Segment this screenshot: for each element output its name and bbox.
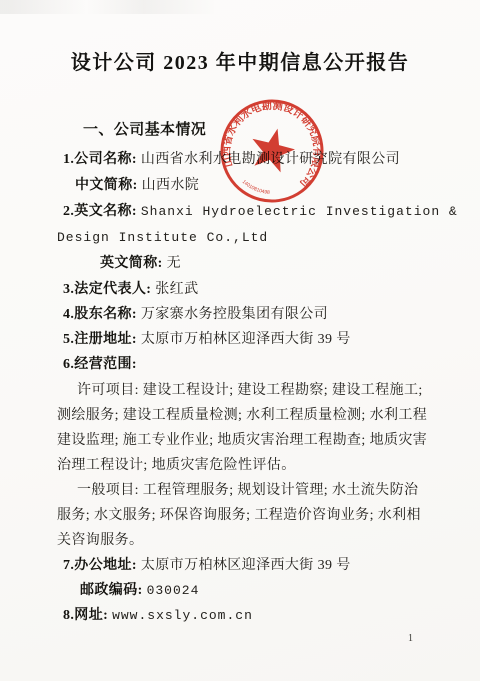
text-segment: 2.英文名称: — [63, 204, 141, 219]
text-segment: 一、公司基本情况 — [83, 122, 206, 138]
text-segment: www.sxsly.com.cn — [112, 608, 253, 623]
document-line: Design Institute Co.,Ltd — [57, 228, 268, 247]
document-line: 3.法定代表人: 张红武 — [63, 280, 198, 299]
document-line: 邮政编码: 030024 — [80, 581, 199, 600]
document-line: 服务; 水文服务; 环保咨询服务; 工程造价咨询业务; 水利相 — [57, 506, 421, 525]
document-page: 设计公司 2023 年中期信息公开报告 一、公司基本情况1.公司名称: 山西省水… — [0, 0, 480, 681]
document-line: 6.经营范围: — [63, 355, 141, 374]
text-segment: 5.注册地址: — [63, 332, 141, 347]
text-segment: 万家寨水务控股集团有限公司 — [141, 307, 328, 322]
text-segment: 测绘服务; 建设工程质量检测; 水利工程质量检测; 水利工程 — [57, 408, 427, 423]
text-segment: 邮政编码: — [80, 583, 147, 598]
text-segment: 8.网址: — [63, 608, 112, 623]
document-line: 治理工程设计; 地质灾害危险性评估。 — [57, 456, 296, 475]
svg-text:14010810498: 14010810498 — [239, 178, 272, 197]
text-segment: 一般项目: 工程管理服务; 规划设计管理; 水土流失防治 — [77, 483, 418, 498]
document-line: 8.网址: www.sxsly.com.cn — [63, 606, 253, 625]
text-segment: 许可项目: 建设工程设计; 建设工程勘察; 建设工程施工; — [77, 383, 423, 398]
seal-serial-number: 14010810498 — [239, 178, 272, 197]
text-segment: 6.经营范围: — [63, 357, 141, 372]
document-line: 1.公司名称: 山西省水利水电勘测设计研究院有限公司 — [63, 150, 400, 169]
text-segment: 030024 — [147, 583, 200, 598]
text-segment: 3.法定代表人: — [63, 282, 155, 297]
document-line: 中文简称: 山西水院 — [75, 176, 199, 195]
document-line: 7.办公地址: 太原市万柏林区迎泽西大街 39 号 — [63, 556, 351, 575]
text-segment: 无 — [167, 256, 181, 271]
document-line: 英文简称: 无 — [100, 254, 181, 273]
svg-text:山西省水利水电勘测设计研究院有限公司: 山西省水利水电勘测设计研究院有限公司 — [216, 95, 328, 192]
document-line: 一般项目: 工程管理服务; 规划设计管理; 水土流失防治 — [77, 481, 418, 500]
text-segment: 关咨询服务。 — [57, 533, 143, 548]
seal-company-name: 山西省水利水电勘测设计研究院有限公司 — [216, 95, 328, 192]
text-segment: 建设监理; 施工专业作业; 地质灾害治理工程勘查; 地质灾害 — [57, 433, 427, 448]
document-line: 测绘服务; 建设工程质量检测; 水利工程质量检测; 水利工程 — [57, 406, 427, 425]
text-segment: Shanxi Hydroelectric Investigation & — [141, 204, 458, 219]
text-segment: 山西省水利水电勘测设计研究院有限公司 — [141, 152, 400, 167]
text-segment: 太原市万柏林区迎泽西大街 39 号 — [141, 332, 351, 347]
document-title: 设计公司 2023 年中期信息公开报告 — [0, 46, 480, 75]
document-line: 5.注册地址: 太原市万柏林区迎泽西大街 39 号 — [63, 330, 351, 349]
document-line: 一、公司基本情况 — [83, 121, 206, 140]
document-line: 4.股东名称: 万家寨水务控股集团有限公司 — [63, 305, 328, 324]
document-line: 建设监理; 施工专业作业; 地质灾害治理工程勘查; 地质灾害 — [57, 431, 427, 450]
text-segment: 7.办公地址: — [63, 558, 141, 573]
document-line: 许可项目: 建设工程设计; 建设工程勘察; 建设工程施工; — [77, 381, 423, 400]
text-segment: 4.股东名称: — [63, 307, 141, 322]
text-segment: 治理工程设计; 地质灾害危险性评估。 — [57, 458, 296, 473]
text-segment: 张红武 — [155, 282, 198, 297]
page-number: 1 — [408, 633, 413, 644]
document-line: 关咨询服务。 — [57, 531, 143, 550]
text-segment: 中文简称: — [75, 178, 142, 193]
text-segment: 英文简称: — [100, 256, 167, 271]
document-line: 2.英文名称: Shanxi Hydroelectric Investigati… — [63, 202, 458, 221]
text-segment: 太原市万柏林区迎泽西大街 39 号 — [141, 558, 351, 573]
text-segment: Design Institute Co.,Ltd — [57, 230, 268, 245]
text-segment: 服务; 水文服务; 环保咨询服务; 工程造价咨询业务; 水利相 — [57, 508, 421, 523]
scan-artifact — [0, 0, 480, 14]
text-segment: 山西水院 — [142, 178, 200, 193]
text-segment: 1.公司名称: — [63, 152, 141, 167]
